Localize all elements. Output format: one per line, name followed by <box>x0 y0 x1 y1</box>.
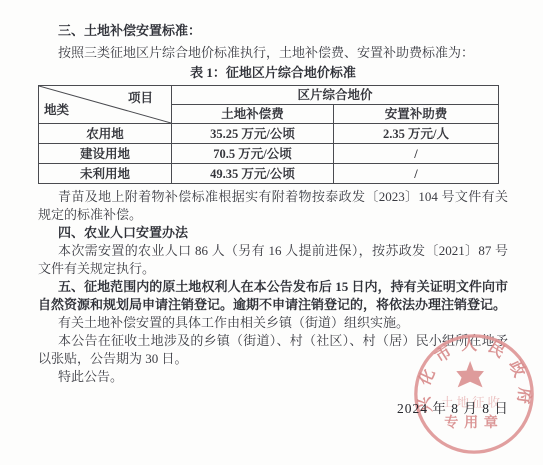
cell-compensation: 70.5 万元/公顷 <box>172 144 334 164</box>
cell-land-type: 未利用地 <box>39 164 172 184</box>
col-header-subsidy: 安置补助费 <box>334 105 499 124</box>
section3-heading: 三、土地补偿安置标准： <box>38 22 508 40</box>
para-implementation: 有关土地补偿安置的具体工作由相关乡镇（街道）组织实施。 <box>38 314 508 332</box>
table-row: 农用地 35.25 万元/公顷 2.35 万元/人 <box>39 124 499 144</box>
land-price-table: 项目 地类 区片综合地价 土地补偿费 安置补助费 农用地 35.25 万元/公顷… <box>38 85 499 184</box>
seal-graphic: 兴化市人民政府 土地征收 专用章 <box>411 331 537 457</box>
group-header: 区片综合地价 <box>172 86 499 105</box>
section5-body: 五、征地范围内的原土地权利人在本公告发布后 15 日内，持有关证明文件向市自然资… <box>38 278 508 314</box>
section4-body: 本次需安置的农业人口 86 人（另有 16 人提前进保），按苏政发〔2021〕8… <box>38 242 508 278</box>
para-seedlings: 青苗及地上附着物补偿标准根据实有附着物按泰政发〔2023〕104 号文件有关规定… <box>38 188 508 224</box>
table-row: 未利用地 49.35 万元/公顷 / <box>39 164 499 184</box>
table-corner-cell: 项目 地类 <box>39 86 172 124</box>
cell-compensation: 49.35 万元/公顷 <box>172 164 334 184</box>
cell-subsidy: 2.35 万元/人 <box>334 124 499 144</box>
table-row: 建设用地 70.5 万元/公顷 / <box>39 144 499 164</box>
official-seal: 兴化市人民政府 土地征收 专用章 <box>411 331 537 457</box>
date-stamp: 2024 年 8 月 8 日 <box>397 397 509 417</box>
cell-compensation: 35.25 万元/公顷 <box>172 124 334 144</box>
table-caption: 表 1：征地区片综合地价标准 <box>38 64 508 82</box>
star-icon <box>456 361 484 387</box>
cell-subsidy: / <box>334 144 499 164</box>
section3-intro: 按照三类征地区片综合地价标准执行，土地补偿费、安置补助费标准为： <box>38 44 508 62</box>
corner-label-project: 项目 <box>128 89 153 107</box>
cell-land-type: 农用地 <box>39 124 172 144</box>
corner-label-landtype: 地类 <box>44 101 69 119</box>
cell-land-type: 建设用地 <box>39 144 172 164</box>
cell-subsidy: / <box>334 164 499 184</box>
col-header-compensation: 土地补偿费 <box>172 105 334 124</box>
notice-page: 三、土地补偿安置标准： 按照三类征地区片综合地价标准执行，土地补偿费、安置补助费… <box>0 0 543 465</box>
section4-heading: 四、农业人口安置办法 <box>38 224 508 242</box>
